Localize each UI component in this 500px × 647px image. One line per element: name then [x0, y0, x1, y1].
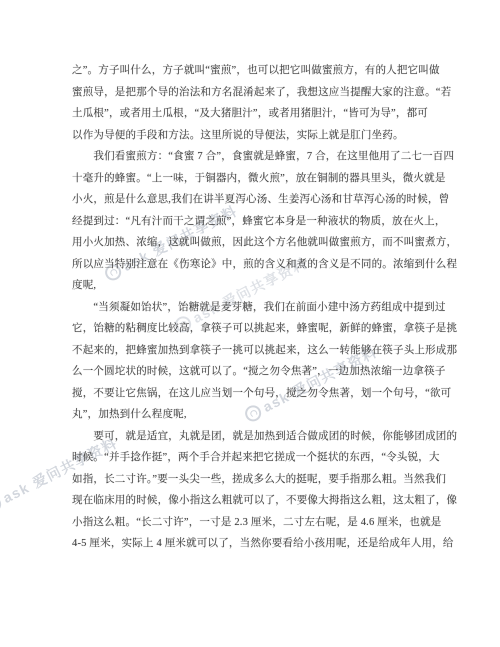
text-line: 之”。方子叫什么，方子就叫“蜜煎”，也可以把它叫做蜜煎方，有的人把它叫做: [72, 60, 444, 82]
text-line: 所以应当特别注意在《伤寒论》中，煎的含义和煮的含义是不同的。浓缩到什么程: [72, 254, 444, 276]
text-line: 蜜煎导，是把那个导的治法和方名混淆起来了，我想这应当提醒大家的注意。“若: [72, 82, 444, 104]
text-line: 4-5 厘米，实际上 4 厘米就可以了，当然你要看给小孩用呢，还是给成年人用，给: [72, 533, 444, 555]
text-line: 小指这么粗。“长二寸许”，一寸是 2.3 厘米，二寸左右呢，是 4.6 厘米，也…: [72, 512, 444, 534]
text-line: 时候。“并手捻作挺”，两个手合并起来把它搓成一个挺状的东西，“令头锐，大: [72, 447, 444, 469]
document-text: 之”。方子叫什么，方子就叫“蜜煎”，也可以把它叫做蜜煎方，有的人把它叫做蜜煎导，…: [72, 60, 444, 555]
text-line: 现在临床用的时候，像小指这么粗就可以了，不要像大拇指这么粗，这太粗了，像: [72, 490, 444, 512]
text-line: 要可，就是适宜，丸就是团，就是加热到适合做成团的时候，你能够团成团的: [72, 426, 444, 448]
text-line: 以作为导便的手段和方法。这里所说的导便法，实际上就是肛门坐药。: [72, 125, 444, 147]
text-line: 如指，长二寸许。”要一头尖一些，搓成多么大的挺呢，要手指那么粗。当然我们: [72, 469, 444, 491]
text-line: 土瓜根”，或者用土瓜根，“及大猪胆汁”，或者用猪胆汁，“皆可为导”，都可: [72, 103, 444, 125]
text-line: 经提到过：“凡有汁而干之谓之煎”，蜂蜜它本身是一种液状的物质，放在火上，: [72, 211, 444, 233]
text-line: 度呢,: [72, 275, 444, 297]
paragraph: 要可，就是适宜，丸就是团，就是加热到适合做成团的时候，你能够团成团的时候。“并手…: [72, 426, 444, 555]
text-line: 搅，不要让它焦锅，在这儿应当划一个句号，搅之勿令焦著，划一个句号，“欲可: [72, 383, 444, 405]
document-page: ask 爱问共享资料 ask 爱问共享资料 ask 爱问共享资料 ask 爱问共…: [0, 0, 500, 647]
text-line: 十毫升的蜂蜜。“上一味，于铜器内，微火煎”，放在铜制的器具里头，微火就是: [72, 168, 444, 190]
paragraph: 之”。方子叫什么，方子就叫“蜜煎”，也可以把它叫做蜜煎方，有的人把它叫做蜜煎导，…: [72, 60, 444, 146]
text-line: 么一个圆坨状的时候，这就可以了。“搅之勿令焦著”，一边加热浓缩一边拿筷子: [72, 361, 444, 383]
text-line: 它，饴糖的粘稠度比较高，拿筷子可以挑起来，蜂蜜呢，新鲜的蜂蜜，拿筷子是挑: [72, 318, 444, 340]
text-line: 小火，煎是什么意思,我们在讲半夏泻心汤、生姜泻心汤和甘草泻心汤的时候，曾: [72, 189, 444, 211]
text-line: “当须凝如饴状”，饴糖就是麦芽糖，我们在前面小建中汤方药组成中提到过: [72, 297, 444, 319]
paragraph: “当须凝如饴状”，饴糖就是麦芽糖，我们在前面小建中汤方药组成中提到过它，饴糖的粘…: [72, 297, 444, 426]
text-line: 不起来的，把蜂蜜加热到拿筷子一挑可以挑起来，这么一转能够在筷子头上形成那: [72, 340, 444, 362]
text-line: 丸”，加热到什么程度呢,: [72, 404, 444, 426]
text-line: 我们看蜜煎方：“食蜜 7 合”，食蜜就是蜂蜜，7 合，在这里他用了二七一百四: [72, 146, 444, 168]
paragraph: 我们看蜜煎方：“食蜜 7 合”，食蜜就是蜂蜜，7 合，在这里他用了二七一百四十毫…: [72, 146, 444, 297]
text-line: 用小火加热、浓缩，这就叫做煎，因此这个方名他就叫做蜜煎方，而不叫蜜煮方，: [72, 232, 444, 254]
